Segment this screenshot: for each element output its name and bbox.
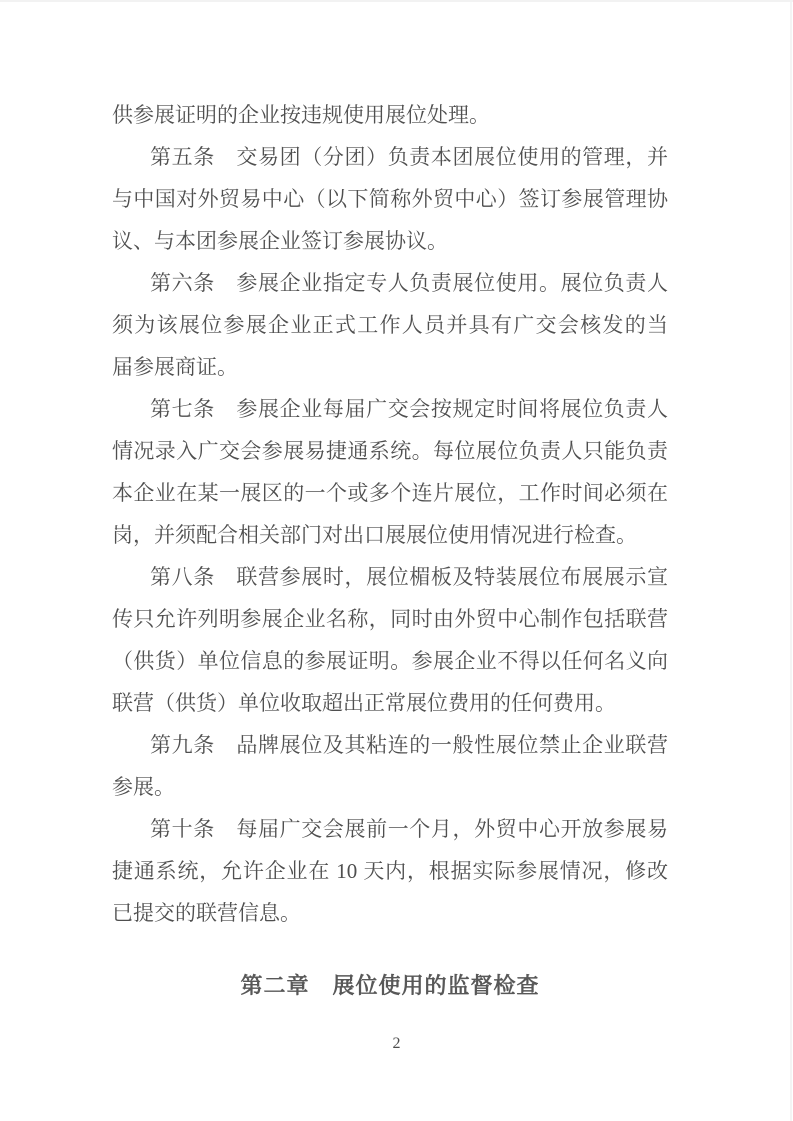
text-line: 届参展商证。 bbox=[112, 346, 668, 388]
text-line: 联营（供货）单位收取超出正常展位费用的任何费用。 bbox=[112, 682, 668, 724]
text-line: 供参展证明的企业按违规使用展位处理。 bbox=[112, 94, 668, 136]
text-line: 与中国对外贸易中心（以下简称外贸中心）签订参展管理协 bbox=[112, 178, 668, 220]
text-line: （供货）单位信息的参展证明。参展企业不得以任何名义向 bbox=[112, 640, 668, 682]
text-line: 岗，并须配合相关部门对出口展展位使用情况进行检查。 bbox=[112, 514, 668, 556]
page-number: 2 bbox=[0, 1034, 793, 1054]
text-line: 第六条 参展企业指定专人负责展位使用。展位负责人 bbox=[112, 262, 668, 304]
text-line: 已提交的联营信息。 bbox=[112, 892, 668, 934]
text-line: 第十条 每届广交会展前一个月，外贸中心开放参展易 bbox=[112, 808, 668, 850]
text-line: 须为该展位参展企业正式工作人员并具有广交会核发的当 bbox=[112, 304, 668, 346]
text-line: 捷通系统，允许企业在 10 天内，根据实际参展情况，修改 bbox=[112, 850, 668, 892]
text-line: 第七条 参展企业每届广交会按规定时间将展位负责人 bbox=[112, 388, 668, 430]
text-line: 第九条 品牌展位及其粘连的一般性展位禁止企业联营 bbox=[112, 724, 668, 766]
text-line: 第八条 联营参展时，展位楣板及特装展位布展展示宣 bbox=[112, 556, 668, 598]
text-line: 参展。 bbox=[112, 766, 668, 808]
document-page: 供参展证明的企业按违规使用展位处理。第五条 交易团（分团）负责本团展位使用的管理… bbox=[0, 0, 793, 1121]
scan-edge-artifact bbox=[790, 2, 792, 1121]
text-line: 情况录入广交会参展易捷通系统。每位展位负责人只能负责 bbox=[112, 430, 668, 472]
chapter-heading: 第二章 展位使用的监督检查 bbox=[112, 965, 668, 1007]
text-line: 本企业在某一展区的一个或多个连片展位，工作时间必须在 bbox=[112, 472, 668, 514]
text-line: 第五条 交易团（分团）负责本团展位使用的管理，并 bbox=[112, 136, 668, 178]
text-line: 议、与本团参展企业签订参展协议。 bbox=[112, 220, 668, 262]
document-body: 供参展证明的企业按违规使用展位处理。第五条 交易团（分团）负责本团展位使用的管理… bbox=[112, 94, 668, 1007]
text-line: 传只允许列明参展企业名称，同时由外贸中心制作包括联营 bbox=[112, 598, 668, 640]
